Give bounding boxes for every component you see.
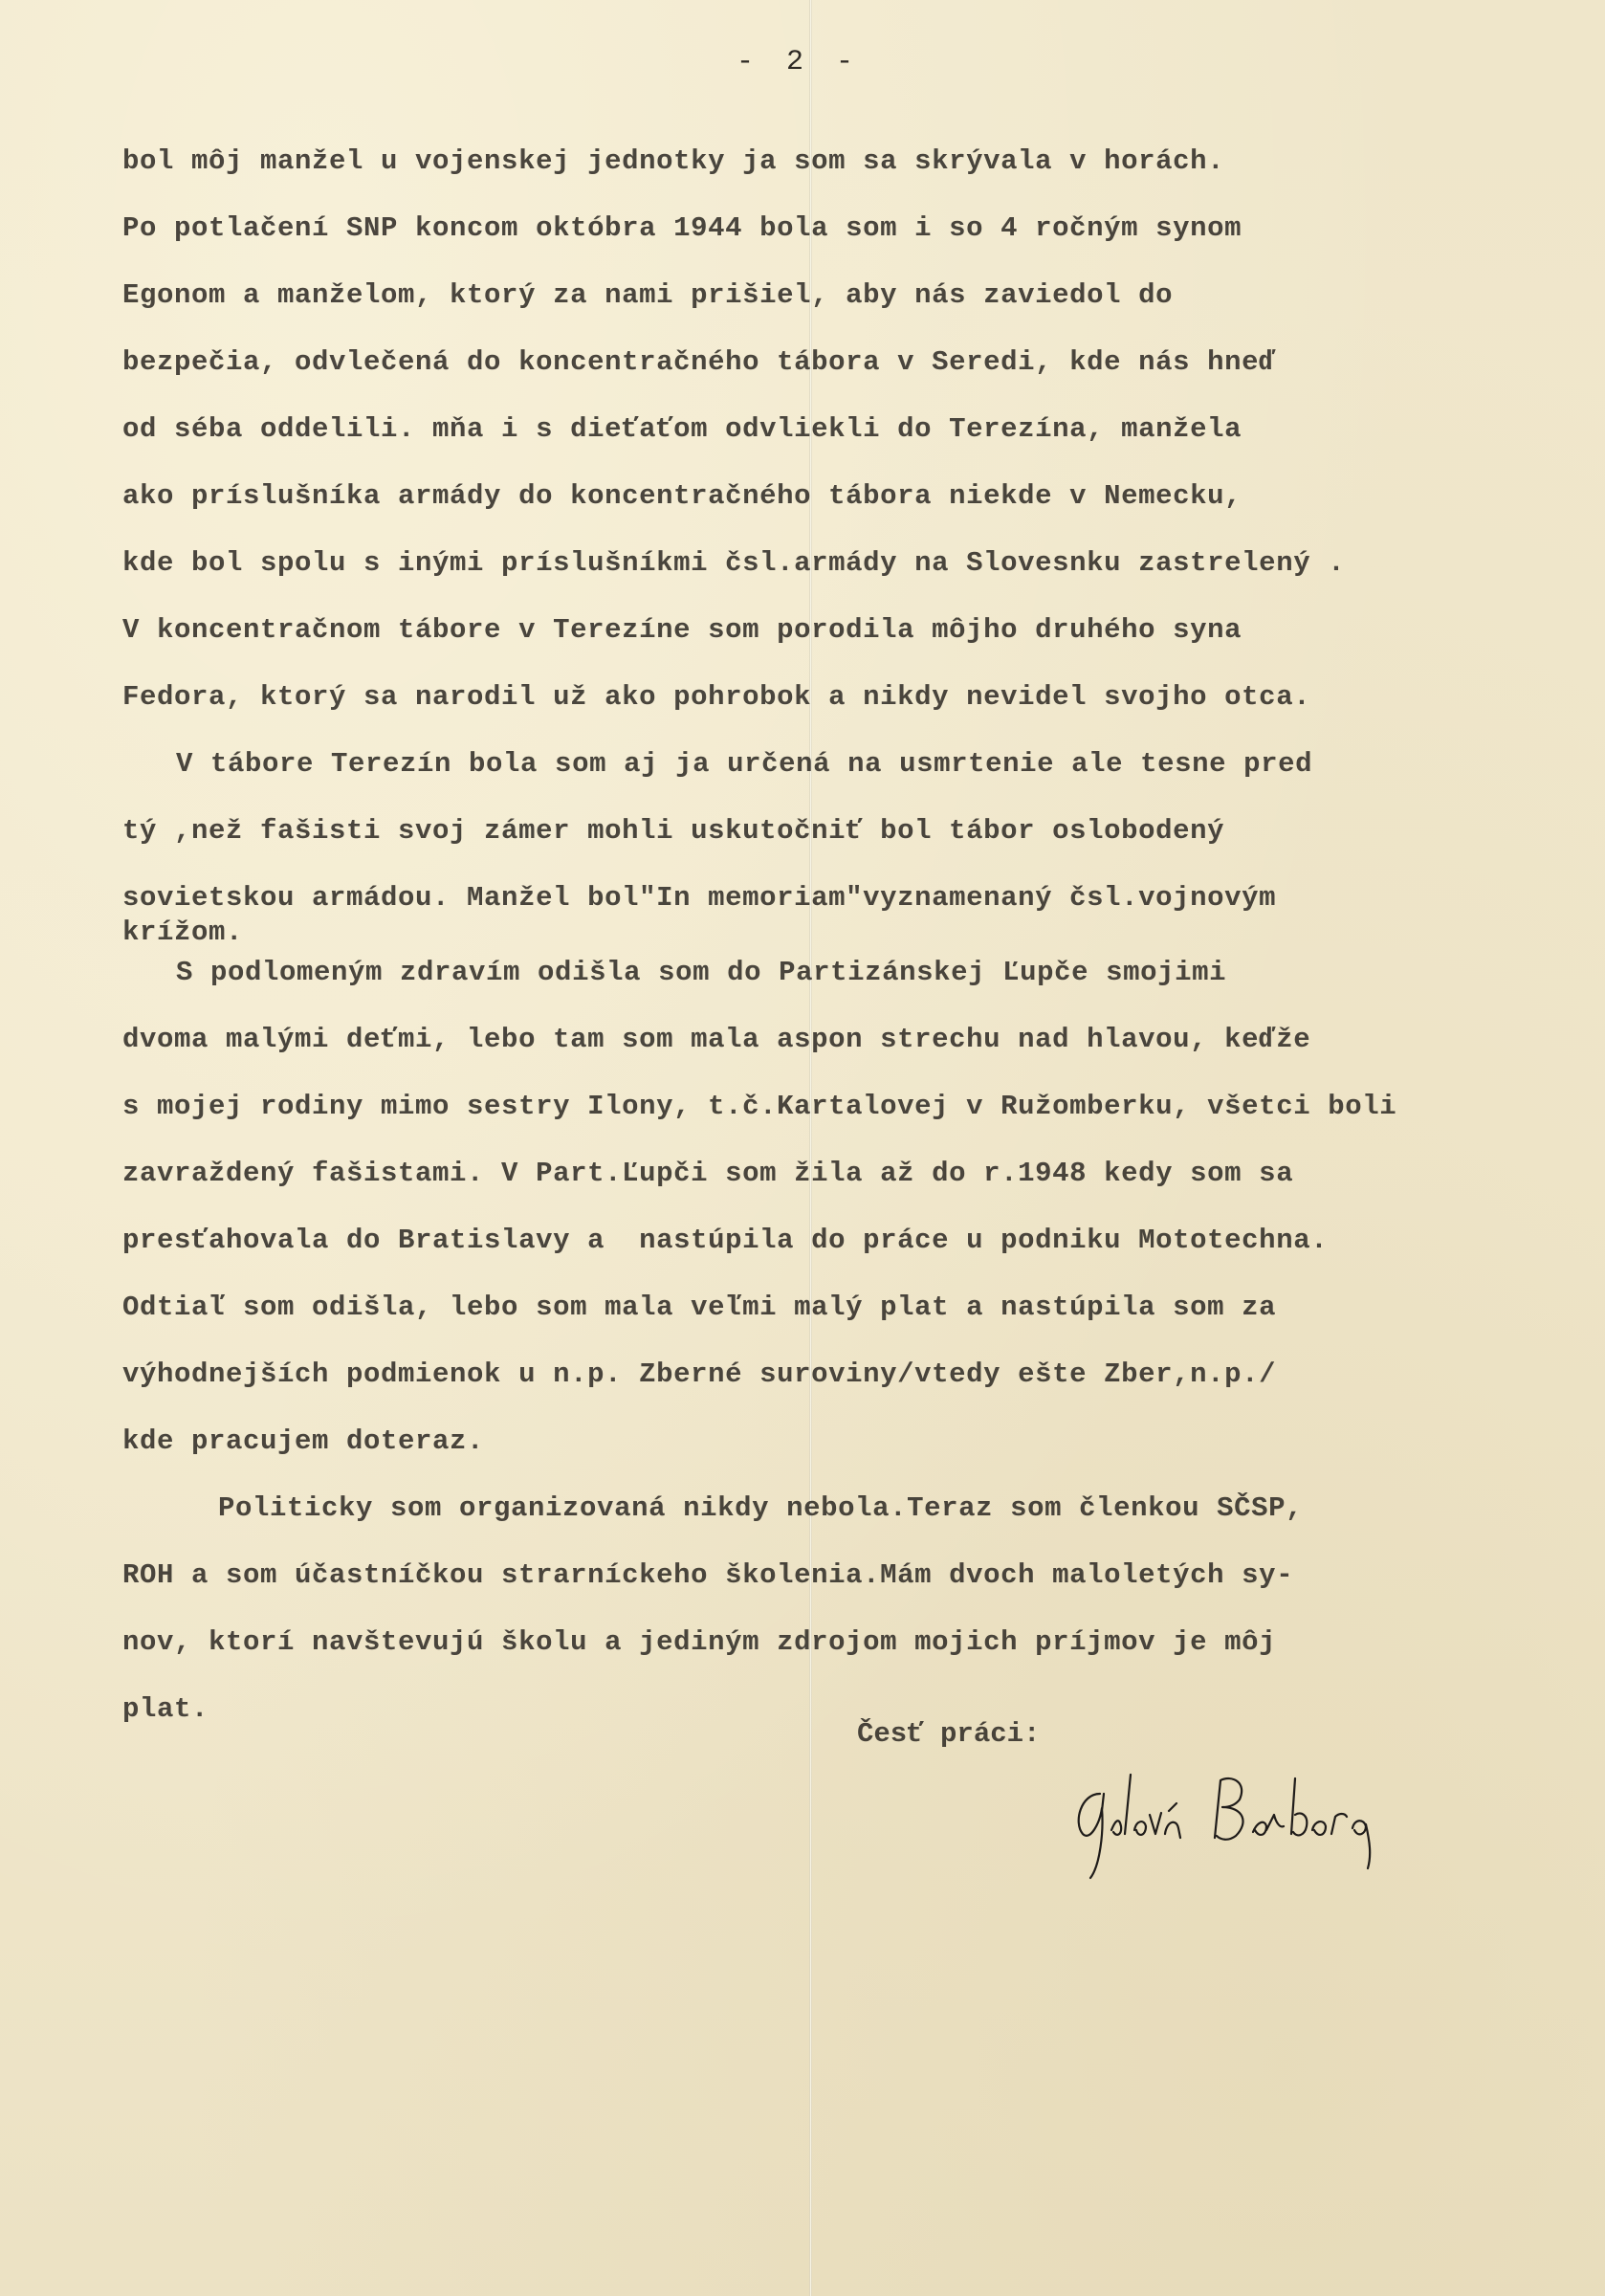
text-line: nov, ktorí navštevujú školu a jediným zd…: [122, 1626, 1276, 1658]
text-line: Odtiaľ som odišla, lebo som mala veľmi m…: [122, 1291, 1276, 1323]
text-line: bol môj manžel u vojenskej jednotky ja s…: [122, 145, 1224, 177]
paper-background: [0, 0, 1605, 2296]
text-line: V tábore Terezín bola som aj ja určená n…: [176, 748, 1312, 780]
text-line: ROH a som účastníčkou strarníckeho škole…: [122, 1559, 1293, 1591]
text-line: kde pracujem doteraz.: [122, 1425, 484, 1457]
page-number: - 2 -: [737, 46, 861, 78]
text-line: V koncentračnom tábore v Terezíne som po…: [122, 614, 1242, 646]
text-line: presťahovala do Bratislavy a nastúpila d…: [122, 1225, 1328, 1256]
text-line: s mojej rodiny mimo sestry Ilony, t.č.Ka…: [122, 1091, 1396, 1122]
text-line: tý ,než fašisti svoj zámer mohli uskutoč…: [122, 815, 1224, 847]
text-line: zavraždený fašistami. V Part.Ľupči som ž…: [122, 1158, 1293, 1189]
text-line: S podlomeným zdravím odišla som do Parti…: [176, 957, 1226, 988]
text-line: krížom.: [122, 916, 243, 948]
text-line: plat.: [122, 1693, 209, 1725]
text-line: sovietskou armádou. Manžel bol"In memori…: [122, 882, 1276, 914]
text-line: Po potlačení SNP koncom októbra 1944 bol…: [122, 212, 1242, 244]
text-line: výhodnejších podmienok u n.p. Zberné sur…: [122, 1358, 1276, 1390]
text-line: Egonom a manželom, ktorý za nami prišiel…: [122, 279, 1173, 311]
text-line: dvoma malými deťmi, lebo tam som mala as…: [122, 1024, 1310, 1055]
handwritten-signature: Gálová Barbora: [1062, 1755, 1425, 1889]
text-line: ako príslušníka armády do koncentračného…: [122, 480, 1242, 512]
paper-fold-line: [809, 0, 812, 2296]
text-line: od séba oddelili. mňa i s dieťaťom odvli…: [122, 413, 1242, 445]
text-line: kde bol spolu s inými príslušníkmi čsl.a…: [122, 547, 1345, 579]
text-line: Fedora, ktorý sa narodil už ako pohrobok…: [122, 681, 1310, 713]
closing-salutation: Česť práci:: [857, 1718, 1040, 1750]
text-line: Politicky som organizovaná nikdy nebola.…: [218, 1492, 1303, 1524]
text-line: bezpečia, odvlečená do koncentračného tá…: [122, 346, 1276, 378]
